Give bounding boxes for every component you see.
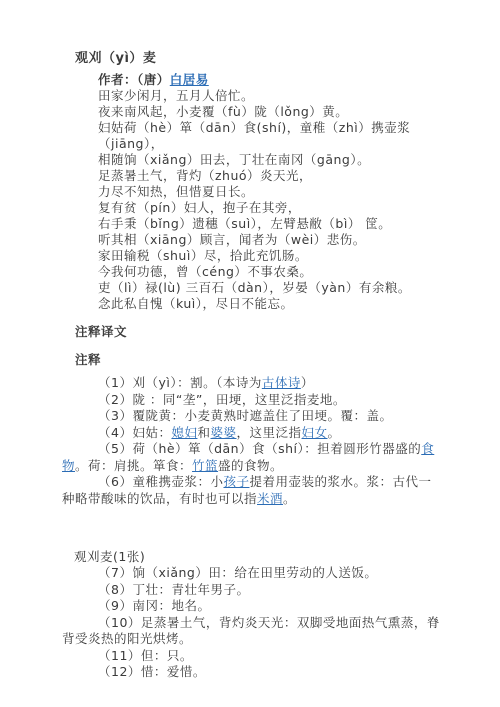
image-gallery-caption: 观刈麦(1张) (62, 548, 440, 565)
subsection-heading-annotations: 注释 (62, 351, 440, 368)
annotation-item: （9）南冈：地名。 (62, 598, 440, 615)
annotation-item: （3）覆陇黄：小麦黄熟时遮盖住了田埂。覆：盖。 (62, 408, 440, 425)
annotation-link[interactable]: 竹篮 (192, 458, 218, 473)
poem-line: 右手秉（bǐng）遗穗（suì），左臂悬敝（bì） 筐。 (62, 216, 440, 232)
author-link[interactable]: 白居易 (170, 72, 209, 87)
poem-lines: 田家少闲月，五月人倍忙。夜来南风起，小麦覆（fù）陇（lǒng）黄。妇姑荷（hè… (62, 88, 440, 312)
annotation-link[interactable]: 米酒 (257, 491, 283, 506)
poem-line: 听其相（xiāng）顾言，闻者为（wèi）悲伤。 (62, 232, 440, 248)
poem-line: 念此私自愧（kuì），尽日不能忘。 (62, 296, 440, 312)
annotation-item: （8）丁壮：青壮年男子。 (62, 582, 440, 599)
poem-line: 相随饷（xiǎng）田去，丁壮在南冈（gāng）。 (62, 152, 440, 168)
annotation-item: （6）童稚携壶浆：小孩子提着用壶装的浆水。浆：古代一种略带酸味的饮品，有时也可以… (62, 474, 440, 507)
poem-line: 吏（lì）禄(lù) 三百石（dàn），岁晏（yàn）有余粮。 (62, 280, 440, 296)
poem-line: 家田输税（shuì）尽，拾此充饥肠。 (62, 248, 440, 264)
annotations-part2: （7）饷（xiǎng）田：给在田里劳动的人送饭。（8）丁壮：青壮年男子。（9）南… (62, 565, 440, 681)
annotation-item: （10）足蒸暑土气，背灼炎天光：双脚受地面热气熏蒸，脊背受炎热的阳光烘烤。 (62, 615, 440, 648)
poem-line: 妇姑荷（hè）箪（dān）食(shí)，童稚（zhì）携壶浆（jiāng）， (62, 120, 440, 152)
poem-line: 今我何功德，曾（céng）不事农桑。 (62, 264, 440, 280)
annotation-item: （7）饷（xiǎng）田：给在田里劳动的人送饭。 (62, 565, 440, 582)
poem-title: 观刈（yì）麦 (62, 50, 440, 68)
poem-line: 夜来南风起，小麦覆（fù）陇（lǒng）黄。 (62, 104, 440, 120)
section-heading-annotation-translation: 注释译文 (62, 323, 440, 340)
annotation-link[interactable]: 妇女 (302, 425, 328, 440)
annotation-item: （11）但：只。 (62, 648, 440, 665)
annotation-link[interactable]: 孩子 (223, 474, 249, 489)
poem-line: 田家少闲月，五月人倍忙。 (62, 88, 440, 104)
poem-line: 力尽不知热，但惜夏日长。 (62, 184, 440, 200)
annotations-part1: （1）刈（yì）：割。（本诗为古体诗）（2）陇 ：同“垄”，田埂，这里泛指麦地。… (62, 375, 440, 507)
annotation-link[interactable]: 婆婆 (210, 425, 236, 440)
annotation-item: （12）惜：爱惜。 (62, 664, 440, 681)
author-prefix: 作者：（唐） (98, 72, 170, 87)
annotation-item: （1）刈（yì）：割。（本诗为古体诗） (62, 375, 440, 392)
annotation-item: （4）妇姑：媳妇和婆婆，这里泛指妇女。 (62, 425, 440, 442)
poem-line: 足蒸暑土气，背灼（zhuó）炎天光， (62, 168, 440, 184)
annotation-item: （5）荷（hè）箪（dān）食（shí）：担着圆形竹器盛的食物。荷：肩挑。箪食：… (62, 441, 440, 474)
annotation-link[interactable]: 食物 (62, 441, 434, 473)
annotation-item: （2）陇 ：同“垄”，田埂，这里泛指麦地。 (62, 392, 440, 409)
annotation-link[interactable]: 古体诗 (262, 375, 301, 390)
document-content: 观刈（yì）麦 作者：（唐）白居易 田家少闲月，五月人倍忙。夜来南风起，小麦覆（… (62, 50, 440, 681)
document-page: 观刈（yì）麦 作者：（唐）白居易 田家少闲月，五月人倍忙。夜来南风起，小麦覆（… (0, 0, 500, 707)
annotation-link[interactable]: 媳妇 (171, 425, 197, 440)
poem-line: 复有贫（pín）妇人，抱子在其旁， (62, 200, 440, 216)
author-line: 作者：（唐）白居易 (62, 71, 440, 88)
